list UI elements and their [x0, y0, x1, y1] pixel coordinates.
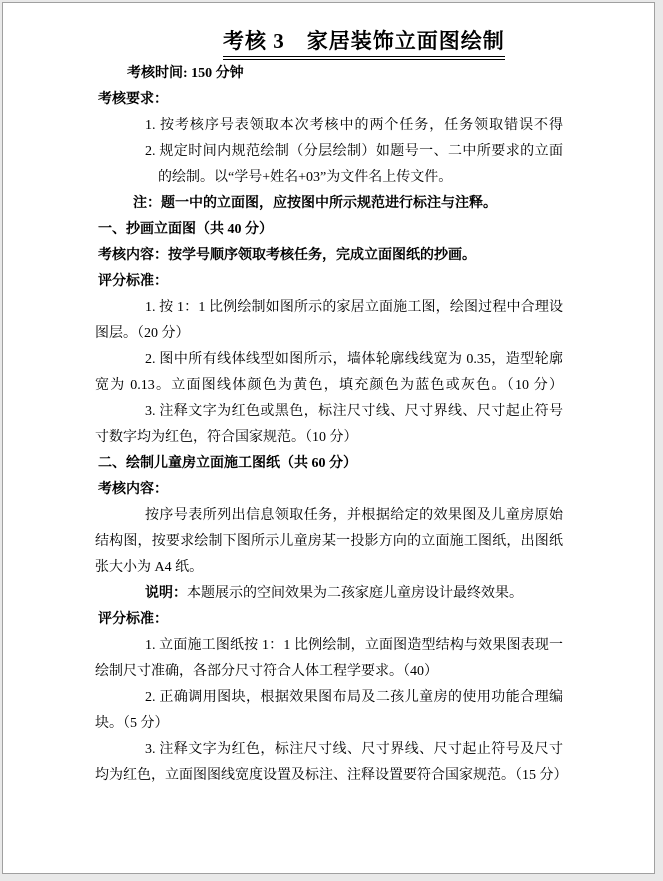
requirement-item-2-line-1: 2. 规定时间内规范绘制（分层绘制）如题号一、二中所要求的立面图纸 — [95, 139, 563, 165]
section-1-item-3-line-1: 3. 注释文字为红色或黑色，标注尺寸线、尺寸界线、尺寸起止符号及尺 — [95, 399, 563, 425]
section-2-note-text: 本题展示的空间效果为二孩家庭儿童房设计最终效果。 — [187, 586, 523, 601]
section-2-note-label: 说明： — [145, 586, 187, 601]
section-2-heading: 二、绘制儿童房立面施工图纸（共 60 分） — [95, 451, 563, 477]
requirements-label: 考核要求： — [95, 87, 563, 113]
section-1-item-1-line-1: 1. 按 1：1 比例绘制如图所示的家居立面施工图，绘图过程中合理设置 — [95, 295, 563, 321]
section-2-scoring-label: 评分标准： — [95, 607, 563, 633]
section-2-item-3-line-1: 3. 注释文字为红色，标注尺寸线、尺寸界线、尺寸起止符号及尺寸数字 — [95, 737, 563, 763]
section-2-content-line-1: 按序号表所列出信息领取任务，并根据给定的效果图及儿童房原始墙体 — [95, 503, 563, 529]
page-title: 考核 3 家居装饰立面图绘制 — [223, 25, 505, 60]
requirement-item-2-line-2: 的绘制。以“学号+姓名+03”为文件名上传文件。 — [95, 165, 563, 191]
section-1-scoring-label: 评分标准： — [95, 269, 563, 295]
section-1-heading: 一、抄画立面图（共 40 分） — [95, 217, 563, 243]
section-2-content-line-2: 结构图，按要求绘制下图所示儿童房某一投影方向的立面施工图纸，出图纸 — [95, 529, 563, 555]
section-2-item-3-line-2: 均为红色，立面图图线宽度设置及标注、注释设置要符合国家规范。（15 分） — [95, 763, 563, 789]
requirements-note: 注：题一中的立面图，应按图中所示规范进行标注与注释。 — [95, 191, 563, 217]
requirement-item-1: 1. 按考核序号表领取本次考核中的两个任务，任务领取错误不得分。 — [95, 113, 563, 139]
document-page-background: { "colors": { "page_background": "#fffff… — [0, 0, 663, 881]
section-2-item-1-line-2: 绘制尺寸准确，各部分尺寸符合人体工程学要求。（40） — [95, 659, 563, 685]
section-1-item-1-line-2: 图层。（20 分） — [95, 321, 563, 347]
section-2-item-1-line-1: 1. 立面施工图纸按 1：1 比例绘制，立面图造型结构与效果图表现一致， — [95, 633, 563, 659]
exam-time: 考核时间: 150 分钟 — [95, 61, 563, 87]
section-2-note: 说明：本题展示的空间效果为二孩家庭儿童房设计最终效果。 — [95, 581, 563, 607]
title-row: 考核 3 家居装饰立面图绘制 — [95, 3, 563, 61]
section-2-content-label: 考核内容： — [95, 477, 563, 503]
section-1-item-2-line-1: 2. 图中所有线体线型如图所示，墙体轮廓线线宽为 0.35，造型轮廓线线 — [95, 347, 563, 373]
document-content: 考核 3 家居装饰立面图绘制 考核时间: 150 分钟 考核要求： 1. 按考核… — [3, 3, 654, 789]
section-1-content: 考核内容：按学号顺序领取考核任务，完成立面图纸的抄画。 — [95, 243, 563, 269]
section-2-item-2-line-1: 2. 正确调用图块，根据效果图布局及二孩儿童房的使用功能合理编辑图 — [95, 685, 563, 711]
document-page: 考核 3 家居装饰立面图绘制 考核时间: 150 分钟 考核要求： 1. 按考核… — [2, 2, 655, 874]
section-2-item-2-line-2: 块。（5 分） — [95, 711, 563, 737]
section-1-item-2-line-2: 宽为 0.13。立面图线体颜色为黄色，填充颜色为蓝色或灰色。（10 分） — [95, 373, 563, 399]
section-1-item-3-line-2: 寸数字均为红色，符合国家规范。（10 分） — [95, 425, 563, 451]
section-2-content-line-3: 张大小为 A4 纸。 — [95, 555, 563, 581]
